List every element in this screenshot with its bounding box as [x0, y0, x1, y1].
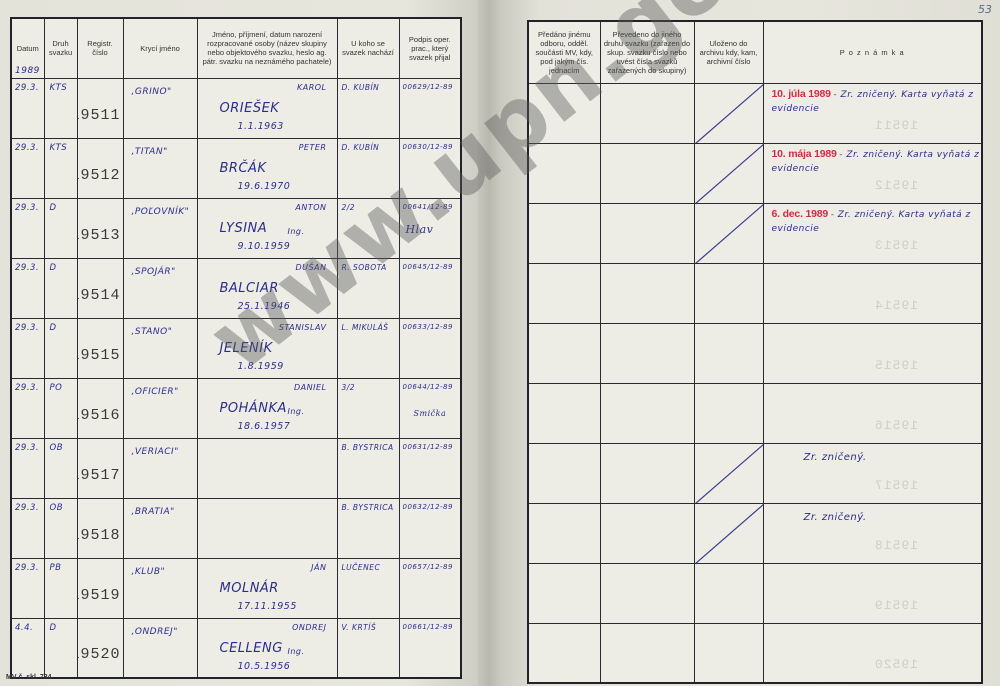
- ledger-row-right: Zr. zničený.19518: [528, 503, 982, 563]
- first-name: PETER: [299, 143, 327, 152]
- cell-predano: [528, 443, 600, 503]
- cell-predano: [528, 503, 600, 563]
- header-ukoho: U koho se svazek nachází: [337, 18, 399, 78]
- header-podpis: Podpis oper. prac., který svazek přijal: [399, 18, 461, 78]
- date-of-birth: 18.6.1957: [238, 421, 291, 432]
- cell-datum: 29.3.: [11, 138, 44, 198]
- ghost-number: 19516: [874, 418, 918, 433]
- cell-ulozeno: [694, 443, 763, 503]
- header-registr: Registr. číslo: [77, 18, 123, 78]
- cell-krycie: ,VERIACI": [123, 438, 197, 498]
- cell-ukoho: R. SOBOTA: [337, 258, 399, 318]
- cell-druh: OB: [44, 438, 77, 498]
- note: 10. júla 1989 - Zr. zničený. Karta vyňat…: [772, 88, 982, 116]
- cell-prevedeno: [600, 563, 694, 623]
- druh-value: OB: [50, 443, 64, 453]
- ledger-row: 29.3.KTS19511,GRINO"KAROLORIEŠEK1.1.1963…: [11, 78, 461, 138]
- cell-poznamka: 10. mája 1989 - Zr. zničený. Karta vyňat…: [763, 143, 982, 203]
- cell-registr: 19520: [77, 618, 123, 678]
- form-code: MV č. skl. 734: [6, 674, 52, 681]
- cell-jmeno: DUŠANBALCIAR25.1.1946: [197, 258, 337, 318]
- cell-prevedeno: [600, 383, 694, 443]
- ledger-row: 29.3.KTS19512,TITAN"PETERBRČÁK19.6.1970D…: [11, 138, 461, 198]
- diagonal-strike-icon: [695, 84, 764, 144]
- ukoho-value: B. BYSTRICA: [342, 503, 394, 512]
- krycie-value: ,TITAN": [132, 147, 168, 157]
- druh-value: OB: [50, 503, 64, 513]
- cell-registr: 19519: [77, 558, 123, 618]
- book-gutter: [478, 0, 500, 686]
- datum-value: 29.3.: [15, 563, 39, 573]
- druh-value: PB: [50, 563, 62, 573]
- cell-poznamka: 19515: [763, 323, 982, 383]
- date-of-birth: 17.11.1955: [238, 601, 297, 612]
- cell-datum: 29.3.: [11, 318, 44, 378]
- year-label: 1989: [15, 67, 40, 76]
- cell-ukoho: 3/2: [337, 378, 399, 438]
- last-name: LYSINA: [220, 221, 268, 236]
- cell-krycie: ,POĽOVNÍK": [123, 198, 197, 258]
- cell-ukoho: B. BYSTRICA: [337, 498, 399, 558]
- cell-podpis: 00645/12-89: [399, 258, 461, 318]
- krycie-value: ,BRATIA": [132, 507, 175, 517]
- cell-poznamka: 19516: [763, 383, 982, 443]
- cell-registr: 19515: [77, 318, 123, 378]
- registr-value: 19515: [77, 347, 121, 364]
- cell-prevedeno: [600, 83, 694, 143]
- cell-ulozeno: [694, 383, 763, 443]
- druh-value: KTS: [50, 143, 68, 153]
- ghost-number: 19519: [874, 598, 918, 613]
- podpis-value: 00630/12-89: [403, 143, 453, 151]
- diagonal-strike-icon: [695, 444, 764, 504]
- cell-datum: 29.3.: [11, 558, 44, 618]
- cell-druh: D: [44, 198, 77, 258]
- cell-jmeno: [197, 438, 337, 498]
- date-of-birth: 10.5.1956: [238, 661, 291, 672]
- podpis-value: 00629/12-89: [403, 83, 453, 91]
- cell-podpis: 00633/12-89: [399, 318, 461, 378]
- ukoho-value: 3/2: [342, 383, 356, 392]
- datum-value: 4.4.: [15, 623, 33, 633]
- date-of-birth: 25.1.1946: [238, 301, 291, 312]
- first-name: STANISLAV: [279, 323, 327, 332]
- podpis-value: 00644/12-89: [403, 383, 453, 391]
- ledger-row: 29.3.D19513,POĽOVNÍK"ANTONLYSINAIng.9.10…: [11, 198, 461, 258]
- registr-value: 19512: [77, 167, 121, 184]
- cell-podpis: 00657/12-89: [399, 558, 461, 618]
- podpis-value: 00641/12-89: [403, 203, 453, 211]
- ghost-number: 19514: [874, 298, 918, 313]
- first-name: ONDREJ: [292, 623, 326, 632]
- ukoho-value: D. KUBÍN: [342, 143, 380, 152]
- cell-datum: 29.3.: [11, 438, 44, 498]
- ukoho-value: LUČENEC: [342, 563, 381, 572]
- cell-krycie: ,GRINO": [123, 78, 197, 138]
- ledger-row-right: 19516: [528, 383, 982, 443]
- cell-podpis: 00661/12-89: [399, 618, 461, 678]
- ghost-number: 19511: [874, 118, 918, 133]
- cell-ulozeno: [694, 623, 763, 683]
- cell-predano: [528, 203, 600, 263]
- datum-value: 29.3.: [15, 83, 39, 93]
- cell-poznamka: Zr. zničený.19518: [763, 503, 982, 563]
- ukoho-value: B. BYSTRICA: [342, 443, 394, 452]
- cell-registr: 19516: [77, 378, 123, 438]
- right-header-row: Předáno jinému odboru, odděl. součásti M…: [528, 21, 982, 83]
- ledger-row: 29.3.D19514,SPOJÁR"DUŠANBALCIAR25.1.1946…: [11, 258, 461, 318]
- cell-prevedeno: [600, 143, 694, 203]
- last-name: CELLENG: [220, 641, 283, 656]
- cell-druh: D: [44, 618, 77, 678]
- cell-prevedeno: [600, 503, 694, 563]
- ghost-number: 19520: [874, 657, 918, 672]
- last-name: BALCIAR: [220, 281, 279, 296]
- cell-podpis: 00632/12-89: [399, 498, 461, 558]
- header-poznamka: P o z n á m k a: [763, 21, 982, 83]
- cell-podpis: 00631/12-89: [399, 438, 461, 498]
- ukoho-value: V. KRTÍŠ: [342, 623, 377, 632]
- header-predano: Předáno jinému odboru, odděl. součásti M…: [528, 21, 600, 83]
- cell-druh: D: [44, 258, 77, 318]
- cell-predano: [528, 383, 600, 443]
- cell-druh: PB: [44, 558, 77, 618]
- cell-datum: 29.3.: [11, 498, 44, 558]
- last-name: ORIEŠEK: [220, 101, 280, 116]
- cell-poznamka: 6. dec. 1989 - Zr. zničený. Karta vyňatá…: [763, 203, 982, 263]
- cell-druh: KTS: [44, 138, 77, 198]
- cell-ukoho: 2/2: [337, 198, 399, 258]
- first-name: JÁN: [311, 563, 326, 572]
- podpis-value: 00661/12-89: [403, 623, 453, 631]
- ledger-row-right: 19514: [528, 263, 982, 323]
- cell-predano: [528, 143, 600, 203]
- ledger-row-right: 19519: [528, 563, 982, 623]
- right-ledger-table: Předáno jinému odboru, odděl. součásti M…: [527, 20, 983, 684]
- datum-value: 29.3.: [15, 443, 39, 453]
- datum-value: 29.3.: [15, 503, 39, 513]
- podpis-value: 00657/12-89: [403, 563, 453, 571]
- cell-jmeno: KAROLORIEŠEK1.1.1963: [197, 78, 337, 138]
- cell-druh: D: [44, 318, 77, 378]
- cell-ukoho: V. KRTÍŠ: [337, 618, 399, 678]
- krycie-value: ,SPOJÁR": [132, 267, 176, 277]
- cell-ukoho: D. KUBÍN: [337, 78, 399, 138]
- cell-krycie: ,ONDREJ": [123, 618, 197, 678]
- title: Ing.: [288, 647, 305, 656]
- cell-prevedeno: [600, 263, 694, 323]
- title: Ing.: [288, 227, 305, 236]
- ukoho-value: D. KUBÍN: [342, 83, 380, 92]
- ledger-row-right: 10. mája 1989 - Zr. zničený. Karta vyňat…: [528, 143, 982, 203]
- header-krycie: Krycí jméno: [123, 18, 197, 78]
- registr-value: 19516: [77, 407, 121, 424]
- krycie-value: ,OFICIER": [132, 387, 179, 397]
- cell-ukoho: D. KUBÍN: [337, 138, 399, 198]
- date-stamp: 6. dec. 1989: [772, 208, 829, 220]
- cell-krycie: ,OFICIER": [123, 378, 197, 438]
- header-datum: Datum1989: [11, 18, 44, 78]
- cell-registr: 19513: [77, 198, 123, 258]
- registr-value: 19518: [77, 527, 121, 544]
- cell-prevedeno: [600, 623, 694, 683]
- podpis-value: 00645/12-89: [403, 263, 453, 271]
- registr-value: 19519: [77, 587, 121, 604]
- first-name: ANTON: [295, 203, 326, 212]
- cell-jmeno: JÁNMOLNÁR17.11.1955: [197, 558, 337, 618]
- ledger-row-right: 10. júla 1989 - Zr. zničený. Karta vyňat…: [528, 83, 982, 143]
- first-name: KAROL: [297, 83, 327, 92]
- podpis-value: 00633/12-89: [403, 323, 453, 331]
- cell-druh: KTS: [44, 78, 77, 138]
- date-of-birth: 19.6.1970: [238, 181, 291, 192]
- podpis-value: 00631/12-89: [403, 443, 453, 451]
- last-name: BRČÁK: [220, 161, 267, 176]
- date-stamp: 10. júla 1989: [772, 88, 831, 100]
- ledger-row-right: 19520: [528, 623, 982, 683]
- note: 10. mája 1989 - Zr. zničený. Karta vyňat…: [772, 148, 982, 176]
- left-header-row: Datum1989 Druh svazku Registr. číslo Kry…: [11, 18, 461, 78]
- last-name: JELENÍK: [220, 341, 273, 356]
- datum-value: 29.3.: [15, 323, 39, 333]
- cell-krycie: ,SPOJÁR": [123, 258, 197, 318]
- date-of-birth: 1.8.1959: [238, 361, 284, 372]
- cell-podpis: 00644/12-89Smička: [399, 378, 461, 438]
- ledger-row: 29.3.PO19516,OFICIER"DANIELPOHÁNKAIng.18…: [11, 378, 461, 438]
- note: 6. dec. 1989 - Zr. zničený. Karta vyňatá…: [772, 208, 982, 236]
- cell-poznamka: 19514: [763, 263, 982, 323]
- ghost-number: 19518: [874, 538, 918, 553]
- registr-value: 19511: [77, 107, 121, 124]
- cell-ulozeno: [694, 263, 763, 323]
- date-stamp: 10. mája 1989: [772, 148, 837, 160]
- cell-jmeno: [197, 498, 337, 558]
- cell-krycie: ,BRATIA": [123, 498, 197, 558]
- note-text: Zr. zničený.: [804, 452, 867, 463]
- first-name: DANIEL: [294, 383, 327, 392]
- ledger-row: 29.3.OB19517,VERIACI"B. BYSTRICA00631/12…: [11, 438, 461, 498]
- last-name: POHÁNKA: [220, 401, 287, 416]
- diagonal-strike-icon: [695, 144, 764, 204]
- cell-krycie: ,TITAN": [123, 138, 197, 198]
- cell-predano: [528, 323, 600, 383]
- cell-ukoho: LUČENEC: [337, 558, 399, 618]
- cell-prevedeno: [600, 203, 694, 263]
- cell-datum: 29.3.: [11, 378, 44, 438]
- cell-datum: 29.3.: [11, 78, 44, 138]
- datum-value: 29.3.: [15, 143, 39, 153]
- ledger-row: 29.3.OB19518,BRATIA"B. BYSTRICA00632/12-…: [11, 498, 461, 558]
- cell-jmeno: ANTONLYSINAIng.9.10.1959: [197, 198, 337, 258]
- cell-ulozeno: [694, 143, 763, 203]
- druh-value: D: [50, 263, 57, 273]
- cell-jmeno: PETERBRČÁK19.6.1970: [197, 138, 337, 198]
- ledger-row: 4.4.D19520,ONDREJ"ONDREJCELLENGIng.10.5.…: [11, 618, 461, 678]
- left-ledger-table: Datum1989 Druh svazku Registr. číslo Kry…: [10, 17, 462, 679]
- header-jmeno: Jméno, příjmení, datum narození rozpraco…: [197, 18, 337, 78]
- cell-registr: 19511: [77, 78, 123, 138]
- date-of-birth: 9.10.1959: [238, 241, 291, 252]
- registr-value: 19517: [77, 467, 121, 484]
- page-number: 53: [978, 3, 992, 16]
- ledger-row-right: 6. dec. 1989 - Zr. zničený. Karta vyňatá…: [528, 203, 982, 263]
- cell-registr: 19517: [77, 438, 123, 498]
- last-name: MOLNÁR: [220, 581, 279, 596]
- ukoho-value: 2/2: [342, 203, 356, 212]
- cell-predano: [528, 563, 600, 623]
- cell-ulozeno: [694, 503, 763, 563]
- note-text: Zr. zničený.: [804, 512, 867, 523]
- cell-poznamka: Zr. zničený.19517: [763, 443, 982, 503]
- krycie-value: ,KLUB": [132, 567, 166, 577]
- signature: Hlav: [406, 223, 434, 236]
- cell-datum: 29.3.: [11, 198, 44, 258]
- druh-value: KTS: [50, 83, 68, 93]
- title: Ing.: [288, 407, 305, 416]
- datum-value: 29.3.: [15, 383, 39, 393]
- date-of-birth: 1.1.1963: [238, 121, 284, 132]
- druh-value: D: [50, 323, 57, 333]
- cell-predano: [528, 623, 600, 683]
- cell-poznamka: 19519: [763, 563, 982, 623]
- krycie-value: ,ONDREJ": [132, 627, 178, 637]
- cell-jmeno: STANISLAVJELENÍK1.8.1959: [197, 318, 337, 378]
- cell-prevedeno: [600, 443, 694, 503]
- ukoho-value: R. SOBOTA: [342, 263, 387, 272]
- krycie-value: ,GRINO": [132, 87, 172, 97]
- cell-predano: [528, 263, 600, 323]
- datum-value: 29.3.: [15, 203, 39, 213]
- cell-druh: OB: [44, 498, 77, 558]
- podpis-value: 00632/12-89: [403, 503, 453, 511]
- cell-datum: 4.4.: [11, 618, 44, 678]
- cell-jmeno: DANIELPOHÁNKAIng.18.6.1957: [197, 378, 337, 438]
- header-druh: Druh svazku: [44, 18, 77, 78]
- cell-predano: [528, 83, 600, 143]
- registr-value: 19520: [77, 646, 121, 663]
- cell-poznamka: 19520: [763, 623, 982, 683]
- cell-registr: 19518: [77, 498, 123, 558]
- signature: Smička: [414, 409, 447, 418]
- cell-krycie: ,STANO": [123, 318, 197, 378]
- cell-podpis: 00641/12-89Hlav: [399, 198, 461, 258]
- cell-krycie: ,KLUB": [123, 558, 197, 618]
- cell-datum: 29.3.: [11, 258, 44, 318]
- cell-prevedeno: [600, 323, 694, 383]
- cell-druh: PO: [44, 378, 77, 438]
- ghost-number: 19513: [874, 238, 918, 253]
- ledger-row-right: Zr. zničený.19517: [528, 443, 982, 503]
- cell-ulozeno: [694, 563, 763, 623]
- first-name: DUŠAN: [295, 263, 326, 272]
- cell-ulozeno: [694, 83, 763, 143]
- cell-ulozeno: [694, 323, 763, 383]
- ghost-number: 19515: [874, 358, 918, 373]
- ukoho-value: L. MIKULÁŠ: [342, 323, 389, 332]
- ledger-row: 29.3.D19515,STANO"STANISLAVJELENÍK1.8.19…: [11, 318, 461, 378]
- cell-podpis: 00630/12-89: [399, 138, 461, 198]
- ghost-number: 19512: [874, 178, 918, 193]
- cell-registr: 19514: [77, 258, 123, 318]
- cell-ukoho: B. BYSTRICA: [337, 438, 399, 498]
- diagonal-strike-icon: [695, 504, 764, 564]
- registr-value: 19513: [77, 227, 121, 244]
- cell-ukoho: L. MIKULÁŠ: [337, 318, 399, 378]
- datum-value: 29.3.: [15, 263, 39, 273]
- registr-value: 19514: [77, 287, 121, 304]
- cell-ulozeno: [694, 203, 763, 263]
- ledger-row-right: 19515: [528, 323, 982, 383]
- ledger-row: 29.3.PB19519,KLUB"JÁNMOLNÁR17.11.1955LUČ…: [11, 558, 461, 618]
- druh-value: PO: [50, 383, 63, 393]
- krycie-value: ,POĽOVNÍK": [132, 207, 190, 217]
- cell-poznamka: 10. júla 1989 - Zr. zničený. Karta vyňat…: [763, 83, 982, 143]
- header-ulozeno: Uloženo do archivu kdy, kam, archivní čí…: [694, 21, 763, 83]
- cell-jmeno: ONDREJCELLENGIng.10.5.1956: [197, 618, 337, 678]
- druh-value: D: [50, 203, 57, 213]
- ghost-number: 19517: [874, 478, 918, 493]
- krycie-value: ,VERIACI": [132, 447, 179, 457]
- header-prevedeno: Převedeno do jiného druhu svazku (zařaze…: [600, 21, 694, 83]
- diagonal-strike-icon: [695, 204, 764, 264]
- cell-podpis: 00629/12-89: [399, 78, 461, 138]
- krycie-value: ,STANO": [132, 327, 173, 337]
- cell-registr: 19512: [77, 138, 123, 198]
- druh-value: D: [50, 623, 57, 633]
